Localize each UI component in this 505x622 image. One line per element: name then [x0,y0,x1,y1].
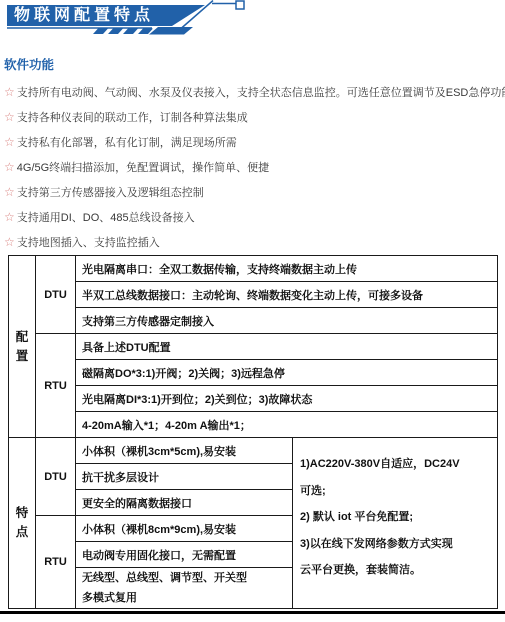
table-row: 半双工总线数据接口：主动轮询、终端数据变化主动上传，可接多设备 [9,282,498,308]
features-section-cell: 特点 [9,438,36,609]
config-rtu-row: 4-20mA输入*1；4-20m A输出*1； [76,412,498,438]
table-row: 配置 DTU 光电隔离串口：全双工数据传输，支持终端数据主动上传 [9,256,498,282]
config-dtu-label: DTU [36,256,76,334]
star-icon: ☆ [4,230,15,255]
config-rtu-label: RTU [36,334,76,438]
table-row: 磁隔离DO*3:1)开阀；2)关阀；3)远程急停 [9,360,498,386]
table-row: 4-20mA输入*1；4-20m A输出*1； [9,412,498,438]
features-rtu-row: 无线型、总线型、调节型、开关型 多模式复用 [76,568,293,609]
config-dtu-row: 光电隔离串口：全双工数据传输，支持终端数据主动上传 [76,256,498,282]
config-rtu-row: 具备上述DTU配置 [76,334,498,360]
star-icon: ☆ [4,130,15,155]
config-rtu-row: 光电隔离DI*3:1)开到位；2)关到位；3)故障状态 [76,386,498,412]
features-dtu-row: 抗干扰多层设计 [76,464,293,490]
star-icon: ☆ [4,80,15,105]
features-note: 1)AC220V-380V自适应，DC24V 可选; 2) 默认 iot 平台免… [293,438,498,609]
config-section-label: 配置 [15,328,29,366]
star-icon: ☆ [4,155,15,180]
bullet-text: 4G/5G终端扫描添加，免配置调试，操作简单、便捷 [17,156,269,181]
features-rtu-label: RTU [36,516,76,609]
list-item: ☆ 支持各种仪表间的联动工作，订制各种算法集成 [4,105,504,130]
bottom-rule [0,611,505,614]
features-rtu-row: 小体积（裸机8cm*9cm),易安装 [76,516,293,542]
software-bullet-list: ☆ 支持所有电动阀、气动阀、水泵及仪表接入，支持全状态信息监控。可选任意位置调节… [4,80,504,255]
list-item: ☆ 4G/5G终端扫描添加，免配置调试，操作简单、便捷 [4,155,504,180]
bullet-text: 支持所有电动阀、气动阀、水泵及仪表接入，支持全状态信息监控。可选任意位置调节及E… [17,81,505,106]
table-row: 光电隔离DI*3:1)开到位；2)关到位；3)故障状态 [9,386,498,412]
star-icon: ☆ [4,205,15,230]
bullet-text: 支持通用DI、DO、485总线设备接入 [17,206,195,231]
page-root: 物联网配置特点 软件功能 ☆ 支持所有电动阀、气动阀、水泵及仪表接入，支持全状态… [0,0,505,622]
banner-dash-icon [108,29,123,35]
banner-wedge [149,27,193,35]
star-icon: ☆ [4,180,15,205]
banner-dash-icon [123,29,138,35]
table-row: RTU 具备上述DTU配置 [9,334,498,360]
table-row: 特点 DTU 小体积（裸机3cm*5cm),易安装 1)AC220V-380V自… [9,438,498,464]
config-dtu-row: 支持第三方传感器定制接入 [76,308,498,334]
config-dtu-row: 半双工总线数据接口：主动轮询、终端数据变化主动上传，可接多设备 [76,282,498,308]
star-icon: ☆ [4,105,15,130]
features-dtu-row: 更安全的隔离数据接口 [76,490,293,516]
bullet-text: 支持私有化部署，私有化订制，满足现场所需 [17,131,237,156]
bullet-text: 支持第三方传感器接入及逻辑组态控制 [17,181,204,206]
list-item: ☆ 支持所有电动阀、气动阀、水泵及仪表接入，支持全状态信息监控。可选任意位置调节… [4,80,504,105]
config-section-cell: 配置 [9,256,36,438]
list-item: ☆ 支持地图插入、支持监控插入 [4,230,504,255]
list-item: ☆ 支持第三方传感器接入及逻辑组态控制 [4,180,504,205]
list-item: ☆ 支持私有化部署，私有化订制，满足现场所需 [4,130,504,155]
list-item: ☆ 支持通用DI、DO、485总线设备接入 [4,205,504,230]
features-rtu-row: 电动阀专用固化接口，无需配置 [76,542,293,568]
bullet-text: 支持各种仪表间的联动工作，订制各种算法集成 [17,106,248,131]
config-rtu-row: 磁隔离DO*3:1)开阀；2)关阀；3)远程急停 [76,360,498,386]
features-dtu-row: 小体积（裸机3cm*5cm),易安装 [76,438,293,464]
features-section-label: 特点 [15,504,29,542]
bullet-text: 支持地图插入、支持监控插入 [17,231,160,256]
spec-table: 配置 DTU 光电隔离串口：全双工数据传输，支持终端数据主动上传 半双工总线数据… [8,255,498,609]
page-title: 物联网配置特点 [14,6,154,26]
software-heading: 软件功能 [4,54,504,76]
banner-square-icon [236,1,244,9]
banner-dash-icon [93,29,108,35]
table-row: 支持第三方传感器定制接入 [9,308,498,334]
features-dtu-label: DTU [36,438,76,516]
software-section: 软件功能 ☆ 支持所有电动阀、气动阀、水泵及仪表接入，支持全状态信息监控。可选任… [4,54,504,255]
